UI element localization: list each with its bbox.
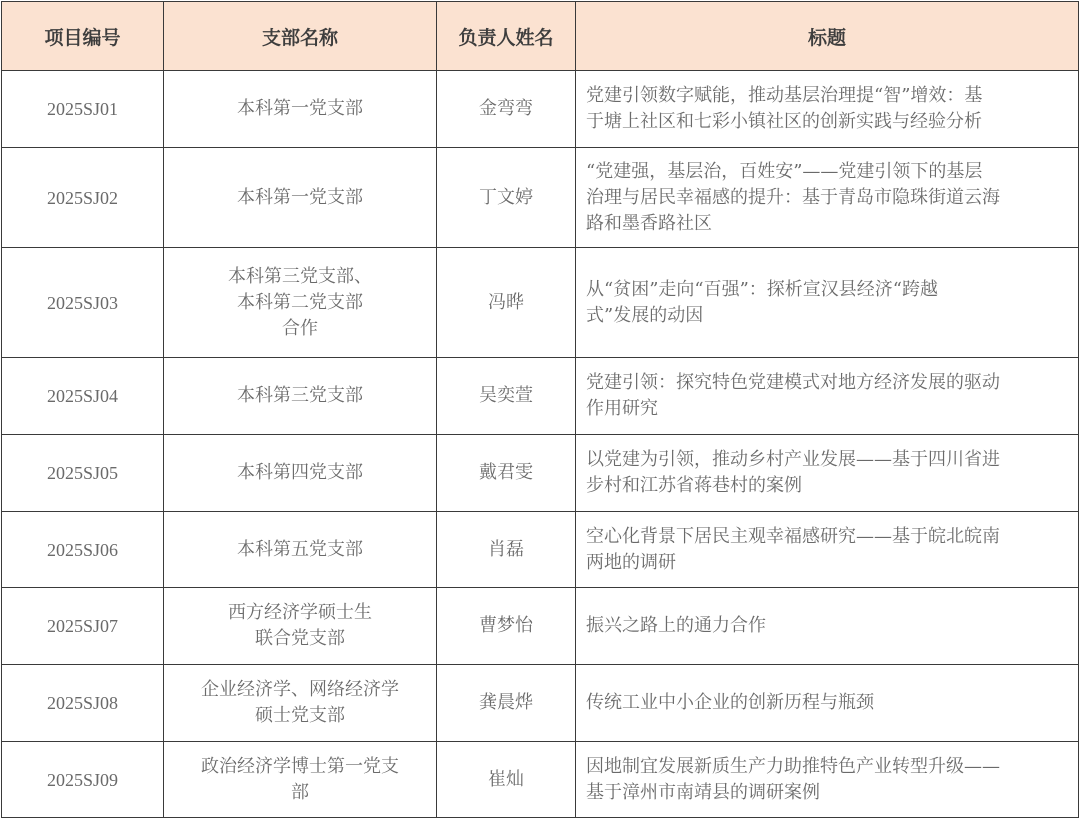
lead-name-cell: 金弯弯 — [437, 71, 576, 148]
branch-name-line: 本科第四党支部 — [164, 460, 436, 486]
branch-name-line: 企业经济学、网络经济学 — [164, 677, 436, 703]
branch-name-cell: 本科第一党支部 — [164, 148, 437, 248]
title-cell: 空心化背景下居民主观幸福感研究——基于皖北皖南 两地的调研 — [576, 512, 1079, 588]
branch-name-cell: 本科第三党支部、 本科第二党支部 合作 — [164, 248, 437, 358]
table-row: 2025SJ02 本科第一党支部 丁文婷 “党建强，基层治，百姓安”——党建引领… — [2, 148, 1079, 248]
title-line: 作用研究 — [586, 396, 1068, 422]
lead-name-cell: 冯晔 — [437, 248, 576, 358]
title-line: 以党建为引领，推动乡村产业发展——基于四川省进 — [586, 447, 1068, 473]
branch-name-line: 联合党支部 — [164, 626, 436, 652]
table-row: 2025SJ03 本科第三党支部、 本科第二党支部 合作 冯晔 从“贫困”走向“… — [2, 248, 1079, 358]
branch-name-line: 本科第二党支部 — [164, 290, 436, 316]
lead-name-cell: 丁文婷 — [437, 148, 576, 248]
branch-name-cell: 本科第五党支部 — [164, 512, 437, 588]
column-header-lead-name: 负责人姓名 — [437, 2, 576, 71]
lead-name-cell: 崔灿 — [437, 742, 576, 757]
title-cell: 以党建为引领，推动乡村产业发展——基于四川省进 步村和江苏省蒋巷村的案例 — [576, 435, 1079, 512]
title-line: 空心化背景下居民主观幸福感研究——基于皖北皖南 — [586, 524, 1068, 550]
lead-name-cell: 曹梦怡 — [437, 588, 576, 665]
table-row: 2025SJ08 企业经济学、网络经济学 硕士党支部 龚晨烨 传统工业中小企业的… — [2, 665, 1079, 742]
title-cell: 党建引领：探究特色党建模式对地方经济发展的驱动 作用研究 — [576, 358, 1079, 435]
table-row: 2025SJ05 本科第四党支部 戴君雯 以党建为引领，推动乡村产业发展——基于… — [2, 435, 1079, 512]
title-cell: “党建强，基层治，百姓安”——党建引领下的基层 治理与居民幸福感的提升：基于青岛… — [576, 148, 1079, 248]
branch-name-line: 合作 — [164, 316, 436, 342]
title-cell: 振兴之路上的通力合作 — [576, 588, 1079, 665]
branch-name-line: 本科第一党支部 — [164, 96, 436, 122]
branch-name-line: 本科第三党支部 — [164, 383, 436, 409]
column-header-project-id: 项目编号 — [2, 2, 164, 71]
project-id-cell: 2025SJ05 — [2, 435, 164, 512]
table-row: 2025SJ09 政治经济学博士第一党支 部 崔灿 因地制宜发展新质生产力助推特… — [2, 742, 1079, 757]
project-id-cell: 2025SJ02 — [2, 148, 164, 248]
branch-name-cell: 本科第三党支部 — [164, 358, 437, 435]
branch-name-line: 本科第三党支部、 — [164, 264, 436, 290]
title-cell: 传统工业中小企业的创新历程与瓶颈 — [576, 665, 1079, 742]
table-row: 2025SJ06 本科第五党支部 肖磊 空心化背景下居民主观幸福感研究——基于皖… — [2, 512, 1079, 588]
column-header-title: 标题 — [576, 2, 1079, 71]
lead-name-cell: 戴君雯 — [437, 435, 576, 512]
title-line: 路和墨香路社区 — [586, 211, 1068, 237]
title-line: 传统工业中小企业的创新历程与瓶颈 — [586, 690, 1068, 716]
title-cell: 从“贫困”走向“百强”：探析宣汉县经济“跨越 式”发展的动因 — [576, 248, 1079, 358]
branch-name-cell: 本科第四党支部 — [164, 435, 437, 512]
table-row: 2025SJ01 本科第一党支部 金弯弯 党建引领数字赋能，推动基层治理提“智”… — [2, 71, 1079, 148]
branch-name-cell: 政治经济学博士第一党支 部 — [164, 742, 437, 757]
title-line: “党建强，基层治，百姓安”——党建引领下的基层 — [586, 159, 1068, 185]
project-id-cell: 2025SJ04 — [2, 358, 164, 435]
title-cell: 党建引领数字赋能，推动基层治理提“智”增效：基 于塘上社区和七彩小镇社区的创新实… — [576, 71, 1079, 148]
branch-name-line: 本科第一党支部 — [164, 185, 436, 211]
title-line: 党建引领数字赋能，推动基层治理提“智”增效：基 — [586, 83, 1068, 109]
projects-table: 项目编号 支部名称 负责人姓名 标题 2025SJ01 本科第一党支部 金弯弯 … — [1, 1, 1079, 756]
project-id-cell: 2025SJ06 — [2, 512, 164, 588]
title-line: 于塘上社区和七彩小镇社区的创新实践与经验分析 — [586, 109, 1068, 135]
lead-name-cell: 龚晨烨 — [437, 665, 576, 742]
branch-name-cell: 西方经济学硕士生 联合党支部 — [164, 588, 437, 665]
title-line: 治理与居民幸福感的提升：基于青岛市隐珠街道云海 — [586, 185, 1068, 211]
project-id-cell: 2025SJ08 — [2, 665, 164, 742]
title-line: 党建引领：探究特色党建模式对地方经济发展的驱动 — [586, 370, 1068, 396]
title-cell: 因地制宜发展新质生产力助推特色产业转型升级—— 基于漳州市南靖县的调研案例 — [576, 742, 1079, 757]
branch-name-line: 硕士党支部 — [164, 703, 436, 729]
project-id-cell: 2025SJ01 — [2, 71, 164, 148]
lead-name-cell: 肖磊 — [437, 512, 576, 588]
table-row: 2025SJ04 本科第三党支部 吴奕萱 党建引领：探究特色党建模式对地方经济发… — [2, 358, 1079, 435]
title-line: 步村和江苏省蒋巷村的案例 — [586, 473, 1068, 499]
title-line: 从“贫困”走向“百强”：探析宣汉县经济“跨越 — [586, 277, 1068, 303]
column-header-branch-name: 支部名称 — [164, 2, 437, 71]
project-id-cell: 2025SJ09 — [2, 742, 164, 757]
title-line: 振兴之路上的通力合作 — [586, 613, 1068, 639]
table-header-row: 项目编号 支部名称 负责人姓名 标题 — [2, 2, 1079, 71]
title-line: 式”发展的动因 — [586, 303, 1068, 329]
branch-name-cell: 本科第一党支部 — [164, 71, 437, 148]
branch-name-line: 本科第五党支部 — [164, 537, 436, 563]
table-row: 2025SJ07 西方经济学硕士生 联合党支部 曹梦怡 振兴之路上的通力合作 — [2, 588, 1079, 665]
project-id-cell: 2025SJ03 — [2, 248, 164, 358]
project-id-cell: 2025SJ07 — [2, 588, 164, 665]
title-line: 两地的调研 — [586, 550, 1068, 576]
lead-name-cell: 吴奕萱 — [437, 358, 576, 435]
branch-name-line: 西方经济学硕士生 — [164, 600, 436, 626]
branch-name-cell: 企业经济学、网络经济学 硕士党支部 — [164, 665, 437, 742]
